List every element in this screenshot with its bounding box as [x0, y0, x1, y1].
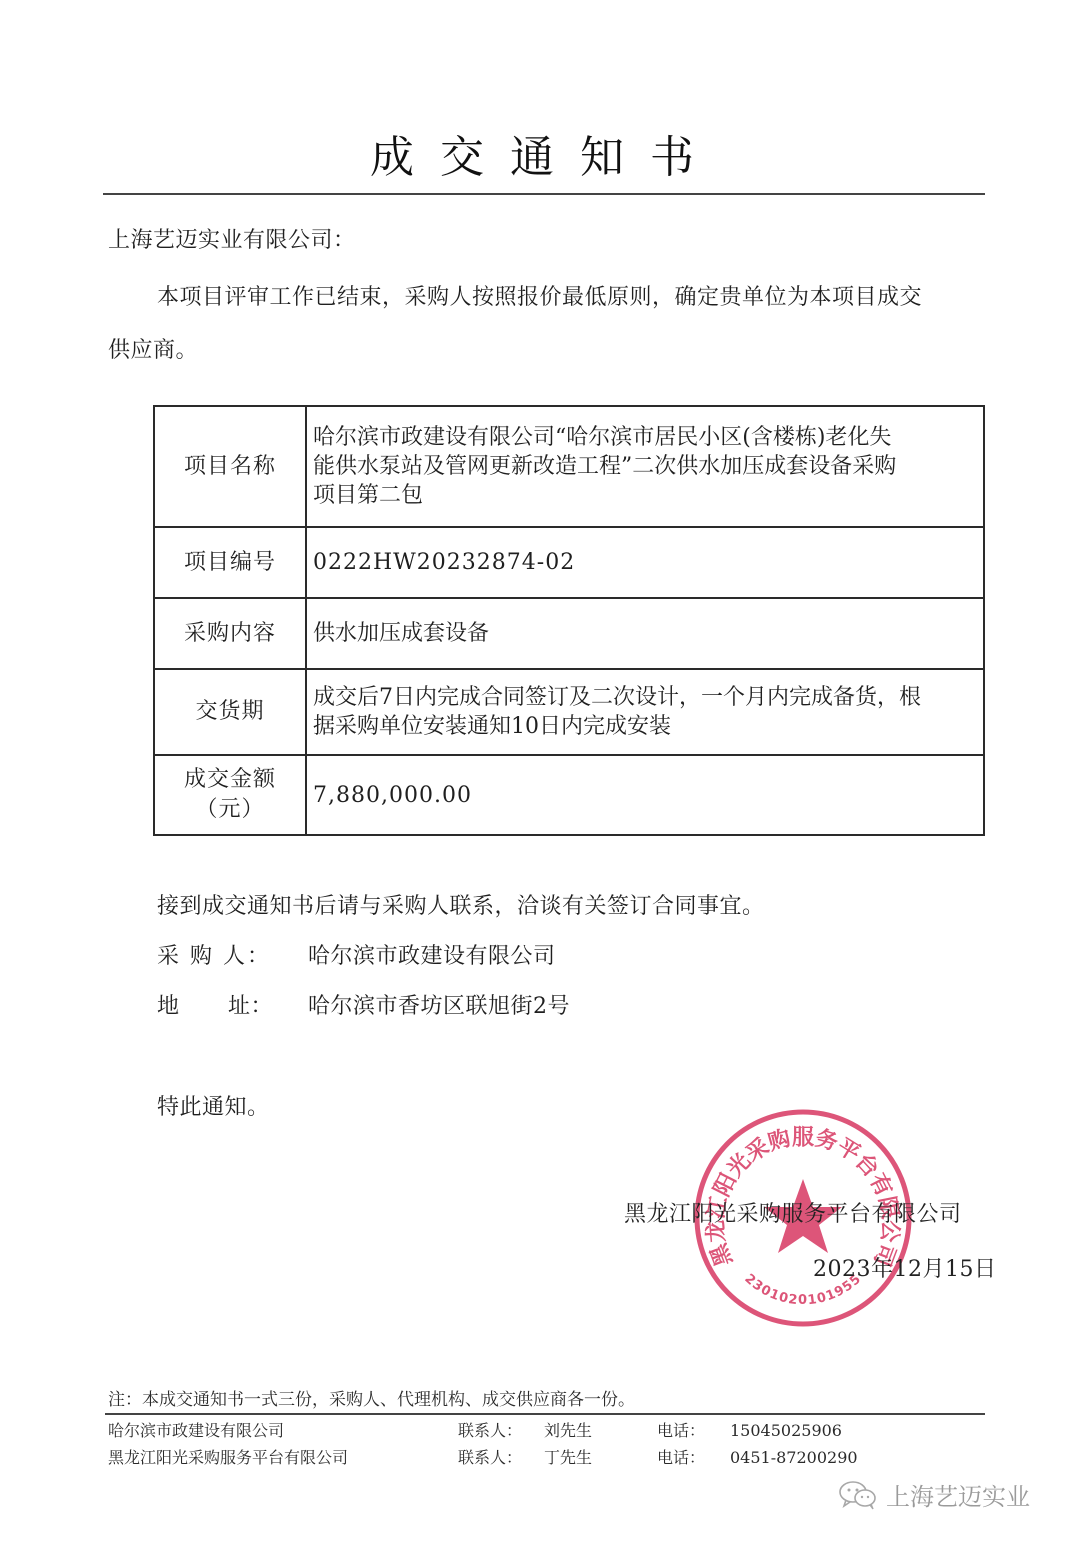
- value-line: 据采购单位安装通知10日内完成安装: [313, 712, 973, 741]
- label-line: （元）: [161, 795, 299, 825]
- title-divider: [103, 193, 985, 195]
- footer-divider: [105, 1413, 985, 1415]
- address-label-2: 址：: [228, 992, 273, 1022]
- table-row-delivery-period: 交货期 成交后7日内完成合同签订及二次设计，一个月内完成备货，根 据采购单位安装…: [154, 669, 984, 755]
- label-project-number: 项目编号: [154, 527, 306, 598]
- value-procurement-content: 供水加压成套设备: [306, 598, 984, 669]
- label-line: 成交金额: [161, 765, 299, 795]
- footer-contact-1: 刘先生: [544, 1420, 592, 1442]
- footer-phone-label-2: 电话：: [657, 1447, 705, 1469]
- table-row-award-amount: 成交金额 （元） 7,880,000.00: [154, 755, 984, 835]
- footer-phone-label-1: 电话：: [657, 1420, 705, 1442]
- signer: 黑龙江阳光采购服务平台有限公司: [624, 1200, 962, 1230]
- value-project-number: 0222HW20232874-02: [306, 527, 984, 598]
- table-row-project-name: 项目名称 哈尔滨市政建设有限公司“哈尔滨市居民小区(含楼栋)老化失 能供水泵站及…: [154, 406, 984, 527]
- intro-line-1: 本项目评审工作已结束，采购人按照报价最低原则，确定贵单位为本项目成交: [157, 283, 922, 313]
- footer-note: 注：本成交通知书一式三份，采购人、代理机构、成交供应商各一份。: [108, 1389, 635, 1411]
- table-row-procurement-content: 采购内容 供水加压成套设备: [154, 598, 984, 669]
- intro-line-2: 供应商。: [108, 336, 198, 366]
- value-line: 成交后7日内完成合同签订及二次设计，一个月内完成备货，根: [313, 683, 973, 712]
- label-award-amount: 成交金额 （元）: [154, 755, 306, 835]
- footer-contact-2: 丁先生: [544, 1447, 592, 1469]
- footer-contact-label-2: 联系人：: [458, 1447, 522, 1469]
- value-project-name: 哈尔滨市政建设有限公司“哈尔滨市居民小区(含楼栋)老化失 能供水泵站及管网更新改…: [306, 406, 984, 527]
- closing: 特此通知。: [157, 1093, 270, 1123]
- footer-phone-1: 15045025906: [730, 1420, 842, 1442]
- watermark-text: 上海艺迈实业: [886, 1477, 1030, 1512]
- label-project-name: 项目名称: [154, 406, 306, 527]
- footer-phone-2: 0451-87200290: [730, 1447, 858, 1469]
- value-award-amount: 7,880,000.00: [306, 755, 984, 835]
- table-row-project-number: 项目编号 0222HW20232874-02: [154, 527, 984, 598]
- watermark: 上海艺迈实业: [838, 1477, 1030, 1512]
- value-line: 项目第二包: [313, 481, 973, 510]
- purchaser-label: 采 购 人：: [157, 942, 271, 972]
- footer-org-2: 黑龙江阳光采购服务平台有限公司: [108, 1447, 348, 1469]
- award-info-table: 项目名称 哈尔滨市政建设有限公司“哈尔滨市居民小区(含楼栋)老化失 能供水泵站及…: [153, 405, 985, 836]
- value-delivery-period: 成交后7日内完成合同签订及二次设计，一个月内完成备货，根 据采购单位安装通知10…: [306, 669, 984, 755]
- contact-instruction: 接到成交通知书后请与采购人联系，洽谈有关签订合同事宜。: [157, 892, 765, 922]
- label-delivery-period: 交货期: [154, 669, 306, 755]
- footer-org-1: 哈尔滨市政建设有限公司: [108, 1420, 284, 1442]
- address-value: 哈尔滨市香坊区联旭街2号: [308, 992, 570, 1022]
- date: 2023年12月15日: [813, 1255, 996, 1285]
- address-label-1: 地: [157, 992, 180, 1022]
- value-line: 能供水泵站及管网更新改造工程”二次供水加压成套设备采购: [313, 452, 973, 481]
- label-procurement-content: 采购内容: [154, 598, 306, 669]
- recipient: 上海艺迈实业有限公司：: [108, 226, 356, 256]
- footer-contact-label-1: 联系人：: [458, 1420, 522, 1442]
- purchaser-value: 哈尔滨市政建设有限公司: [308, 942, 556, 972]
- value-line: 哈尔滨市政建设有限公司“哈尔滨市居民小区(含楼栋)老化失: [313, 423, 973, 452]
- wechat-icon: [838, 1479, 880, 1511]
- page-title: 成交通知书: [0, 128, 1080, 188]
